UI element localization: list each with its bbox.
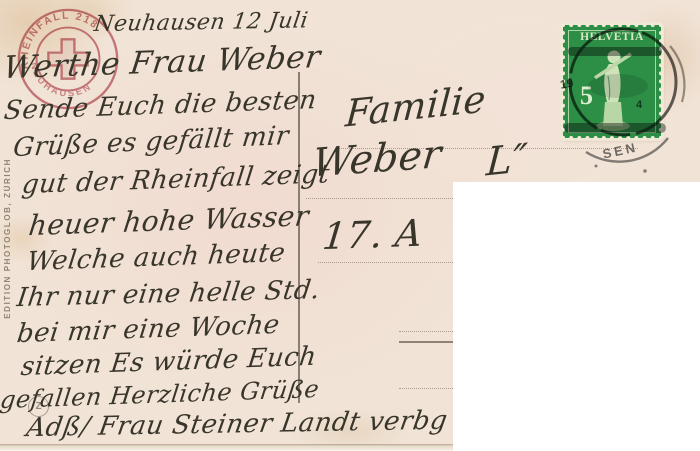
postmark-date-left: 19: [559, 76, 574, 92]
handwriting-line: heuer hohe Wasser: [27, 199, 311, 242]
postmark-killer-bar: [564, 123, 666, 133]
postmark-town-fragment: SEN: [601, 139, 639, 161]
postmark: 19 4 SEN: [556, 24, 690, 174]
address-surname-fragment: L″: [485, 136, 529, 186]
address-street: 17. A: [320, 212, 424, 259]
handwriting-line: gut der Rheinfall zeigt: [20, 159, 331, 200]
address-rule-4: [399, 331, 453, 332]
handwriting-signature-line: Adß/ Frau Steiner Landt verbg: [24, 406, 449, 443]
address-surname: Weber: [310, 132, 444, 186]
address-rule-2: [306, 198, 453, 199]
address-rule-5: [399, 388, 453, 389]
address-rule-3: [318, 262, 453, 263]
postcard-scan: EDITION PHOTOGLOB, ZÜRICH Z RHEINFALL 21…: [0, 0, 700, 451]
postmark-killer-bar: [568, 47, 662, 56]
address-recipient: Familie: [344, 77, 487, 135]
scan-bottom-edge: [0, 444, 455, 451]
postmark-date-right: 4: [636, 99, 643, 111]
handwriting-line: Grüße es gefällt mir: [12, 121, 291, 163]
handwriting-line: Ihr nur eine helle Std.: [15, 275, 322, 313]
publisher-imprint: EDITION PHOTOGLOB, ZÜRICH: [3, 158, 12, 319]
handwriting-line: Welche auch heute: [25, 238, 287, 277]
address-rule-4-dark-fragment: [399, 341, 453, 343]
redaction-box: [453, 182, 700, 451]
handwriting-line: Neuhausen 12 Juli: [92, 8, 309, 37]
handwriting-line: bei mir eine Woche: [15, 310, 281, 349]
